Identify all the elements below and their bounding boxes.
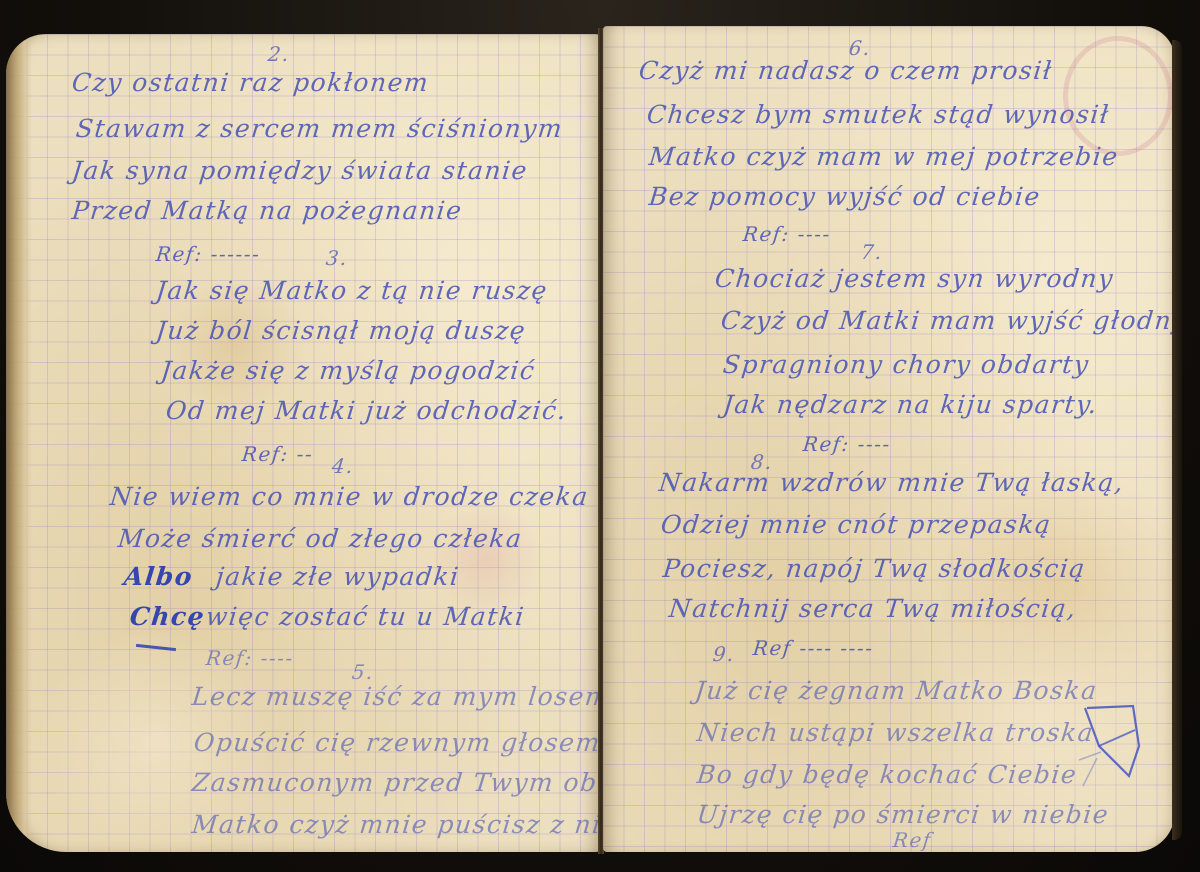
verse-line: Natchnij serca Twą miłością, [667,594,1078,623]
verse-line: Nakarm wzdrów mnie Twą łaską, [657,468,1125,497]
margin-note: Chcę [128,602,206,631]
verse-number: 3. [325,246,350,270]
verse-number: 2. [267,42,292,66]
verse-line: Jak się Matko z tą nie ruszę [154,276,549,305]
refrain-marker: Ref: ---- [742,222,832,246]
verse-number: 5. [351,660,376,684]
notebook-cover-edge [1172,40,1182,840]
verse-line: Już ból ścisnął moją duszę [154,316,527,345]
verse-line: Spragniony chory obdarty [721,350,1091,379]
verse-line: Jakże się z myślą pogodzić [159,356,537,385]
verse-line: Stawam z sercem mem ściśnionym [74,114,564,143]
verse-line: Odziej mnie cnót przepaską [659,510,1053,539]
verse-line: Chociaż jestem syn wyrodny [713,264,1115,293]
stamp-mark [1063,36,1173,156]
refrain-marker: Ref: ---- [802,432,892,456]
verse-line: Opuścić cię rzewnym głosem [192,728,600,757]
verse-line: Przed Matką na pożegnanie [70,196,464,225]
verse-line: Czy ostatni raz pokłonem [70,68,430,97]
refrain-marker: Ref: -- [241,442,315,466]
verse-line: Chcesz bym smutek stąd wynosił [645,100,1111,129]
verse-line: Bo gdy będę kochać Ciebie [695,760,1078,789]
verse-line: Zasmuconym przed Twym obliczem [190,768,600,797]
verse-line: więc zostać tu u Matki [204,602,526,631]
verse-line: Czyż mi nadasz o czem prosił [637,56,1054,85]
stain [426,504,546,614]
refrain-marker: Ref ---- ---- [752,636,875,660]
refrain-marker: Ref: ---- [205,646,295,670]
verse-line: Matko czyż mnie puścisz z niczem [190,810,600,839]
verse-number: 4. [331,454,356,478]
verse-line: Od mej Matki już odchodzić. [164,396,568,425]
verse-line: Ujrzę cię po śmierci w niebie [695,800,1110,829]
left-page: 2. Czy ostatni raz pokłonem Stawam z ser… [6,34,600,852]
underline-mark [136,644,176,651]
verse-line: Bez pomocy wyjść od ciebie [647,182,1042,211]
refrain-marker: Ref: ------ [155,242,262,266]
verse-line: Już cię żegnam Matko Boska [693,676,1099,705]
verse-line: Pociesz, napój Twą słodkością [661,554,1087,583]
verse-line: Matko czyż mam w mej potrzebie [647,142,1120,171]
verse-line: Może śmierć od złego człeka [116,524,524,553]
verse-line: Jak syna pomiędzy świata stanie [70,156,529,185]
verse-line: Czyż od Matki mam wyjść głodny [719,306,1175,335]
margin-note: Albo [122,562,194,591]
verse-number: 7. [860,240,885,264]
verse-line: Nie wiem co mnie w drodze czeka [108,482,590,511]
verse-line: Jak nędzarz na kiju sparty. [721,390,1099,419]
verse-line: Niech ustąpi wszelka troska [695,718,1095,747]
pen-doodle [1073,696,1163,796]
verse-line: jakie złe wypadki [214,562,461,591]
right-page: 6. Czyż mi nadasz o czem prosił Chcesz b… [603,26,1175,852]
refrain-marker: Ref [892,828,933,852]
verse-line: Lecz muszę iść za mym losem [190,682,600,711]
verse-number: 9. [712,642,737,666]
